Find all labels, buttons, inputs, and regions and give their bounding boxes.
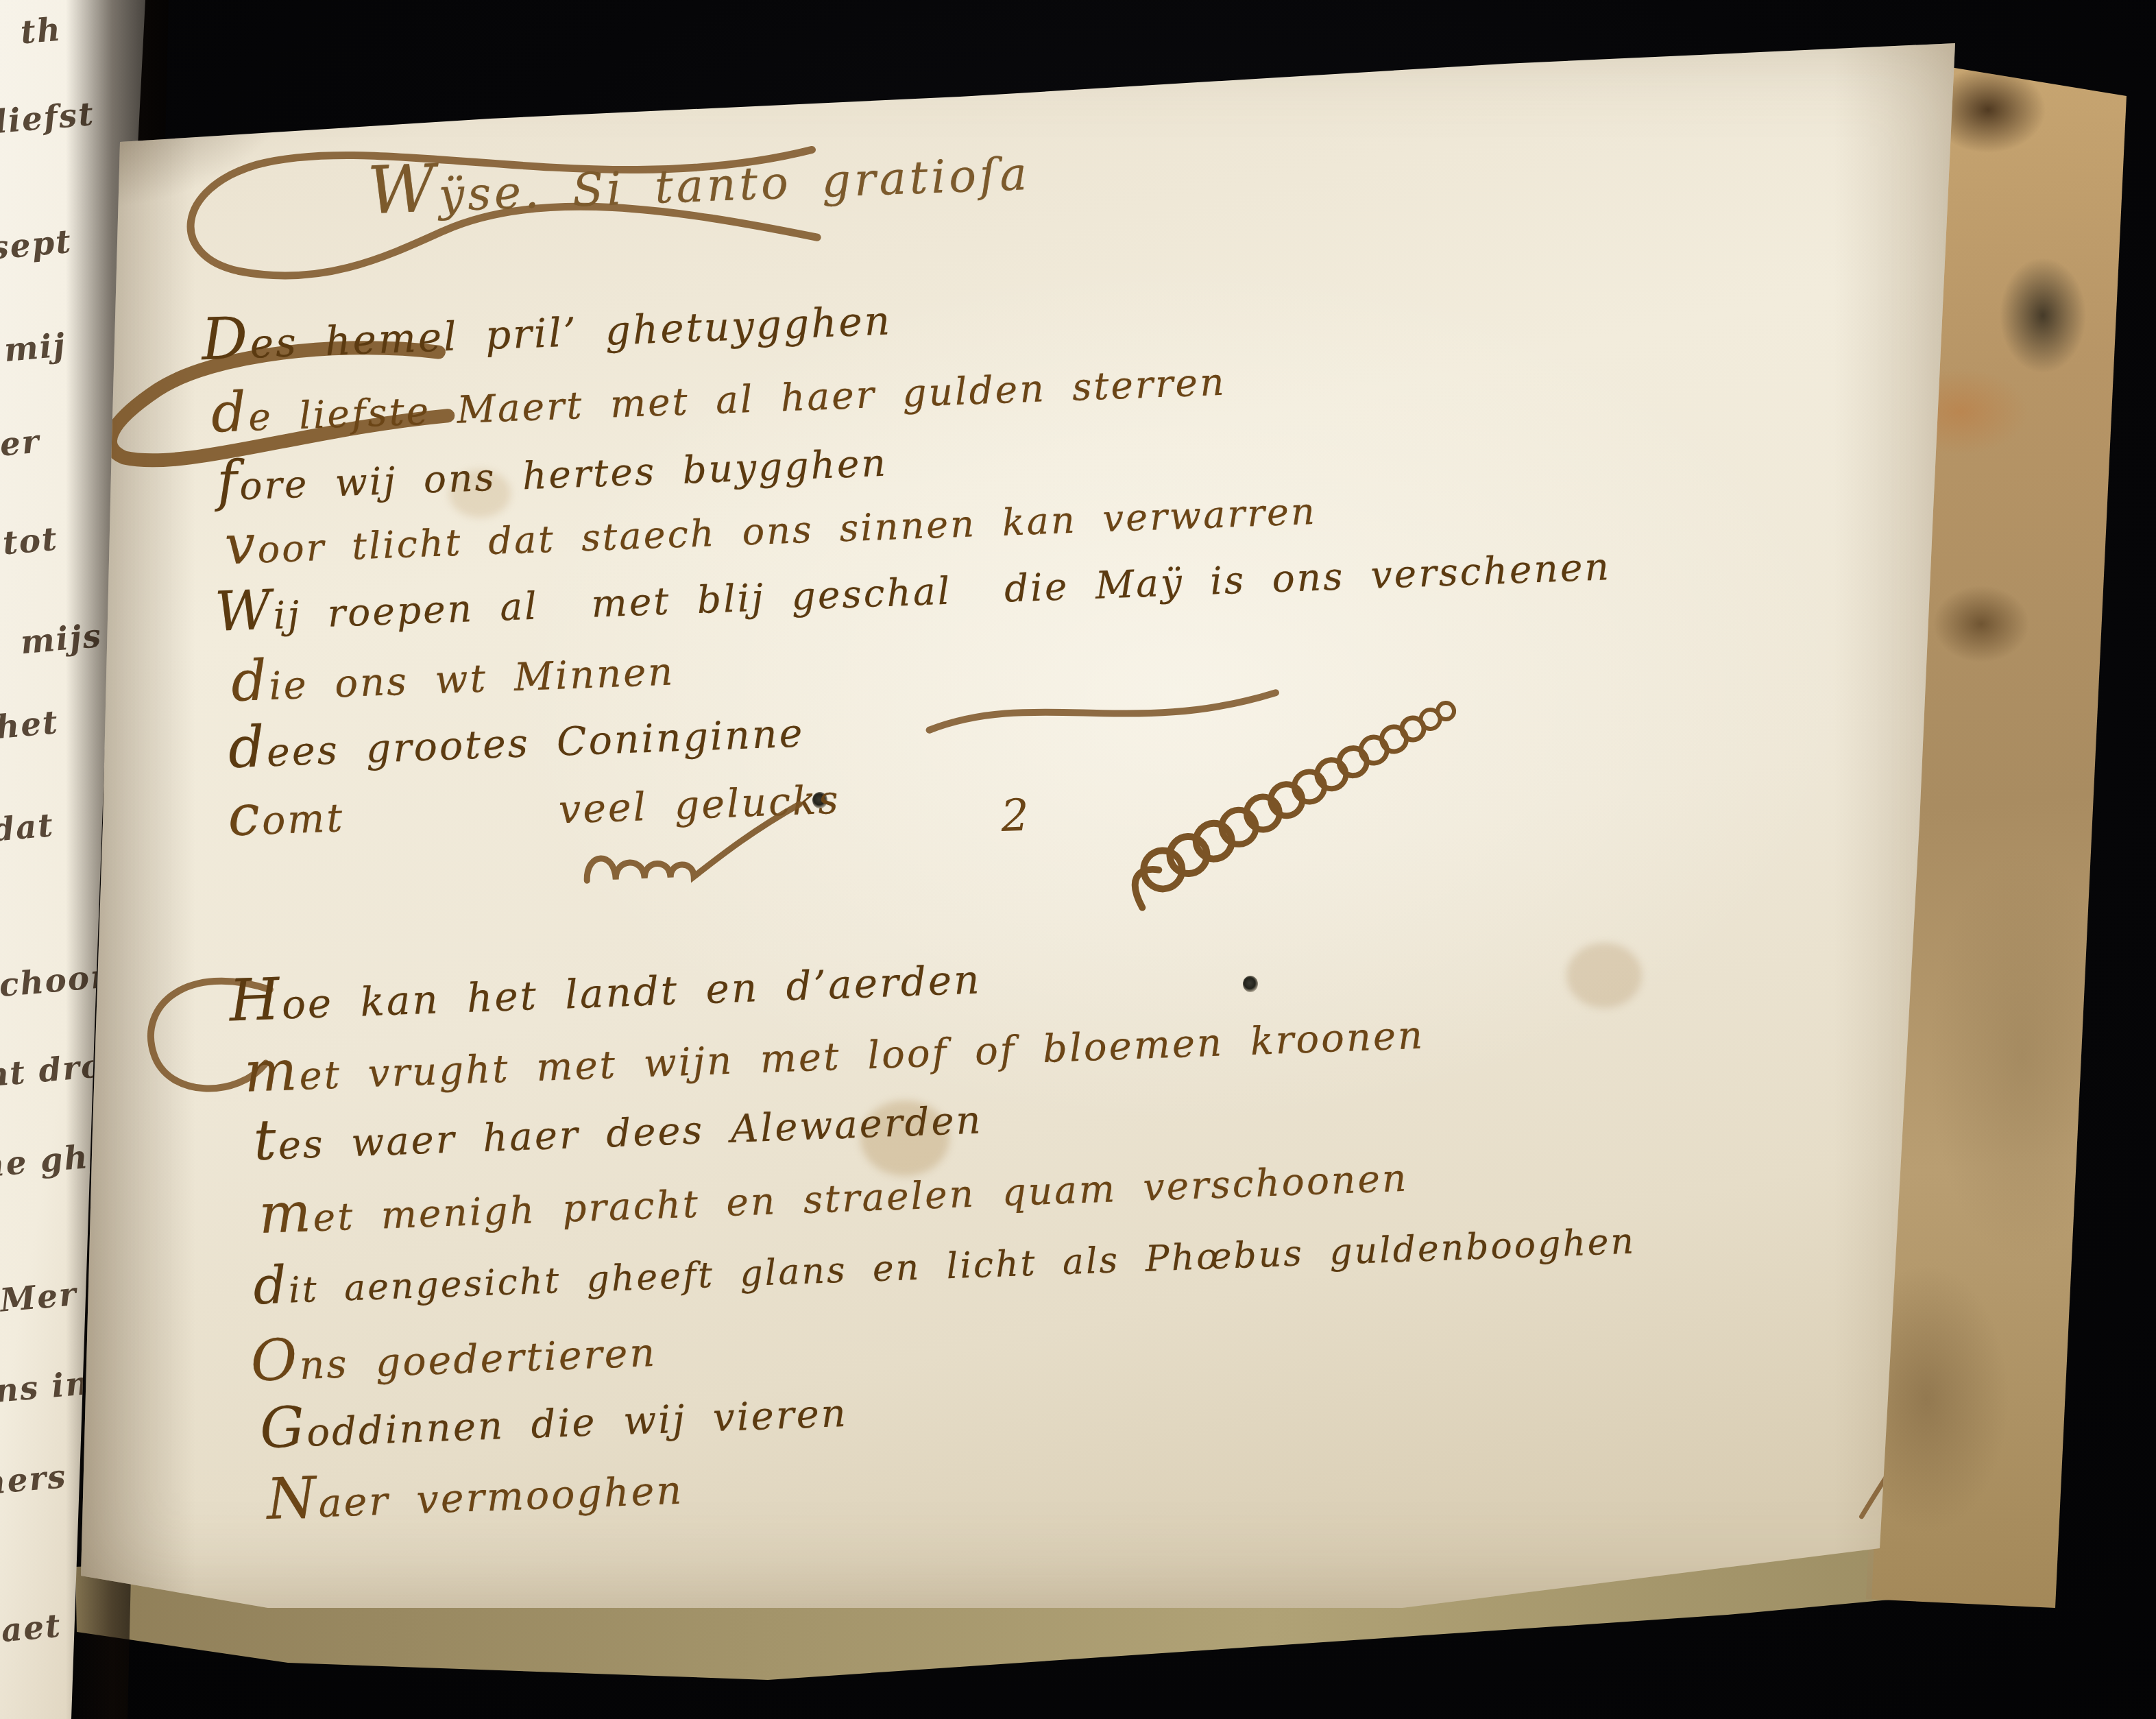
small-loop-flourish-icon (579, 791, 808, 902)
left-page-text-fragment: tot (1, 520, 60, 563)
stanza-2: Hoe kan het landt en d’aerden met vrught… (127, 10, 1990, 79)
left-page-text-fragment: sept (0, 223, 73, 267)
stanza-number: 2 (1000, 791, 1030, 842)
right-page: Wÿse. Si tanto gratioſa Des hemel pril’ … (65, 31, 1985, 1608)
manuscript-line: Naer vermooghen (265, 1452, 684, 1532)
stanza-1: Des hemel pril’ ghetuygghen de liefste M… (127, 10, 1990, 79)
left-page-text-fragment: th (19, 10, 63, 51)
left-page-text-fragment: dat (0, 806, 56, 850)
manuscript-photo: th liefst sept mij ler tot mijs het dat … (0, 0, 2156, 1719)
chain-flourish-icon (1124, 682, 1474, 913)
handwritten-text-block: Wÿse. Si tanto gratioſa Des hemel pril’ … (127, 10, 2046, 1607)
left-page-text-fragment: ler (0, 423, 42, 466)
manuscript-line: Ons goedertieren (250, 1314, 658, 1395)
left-page-text-fragment: het (0, 704, 60, 747)
left-page-text-fragment: mij (3, 326, 68, 370)
